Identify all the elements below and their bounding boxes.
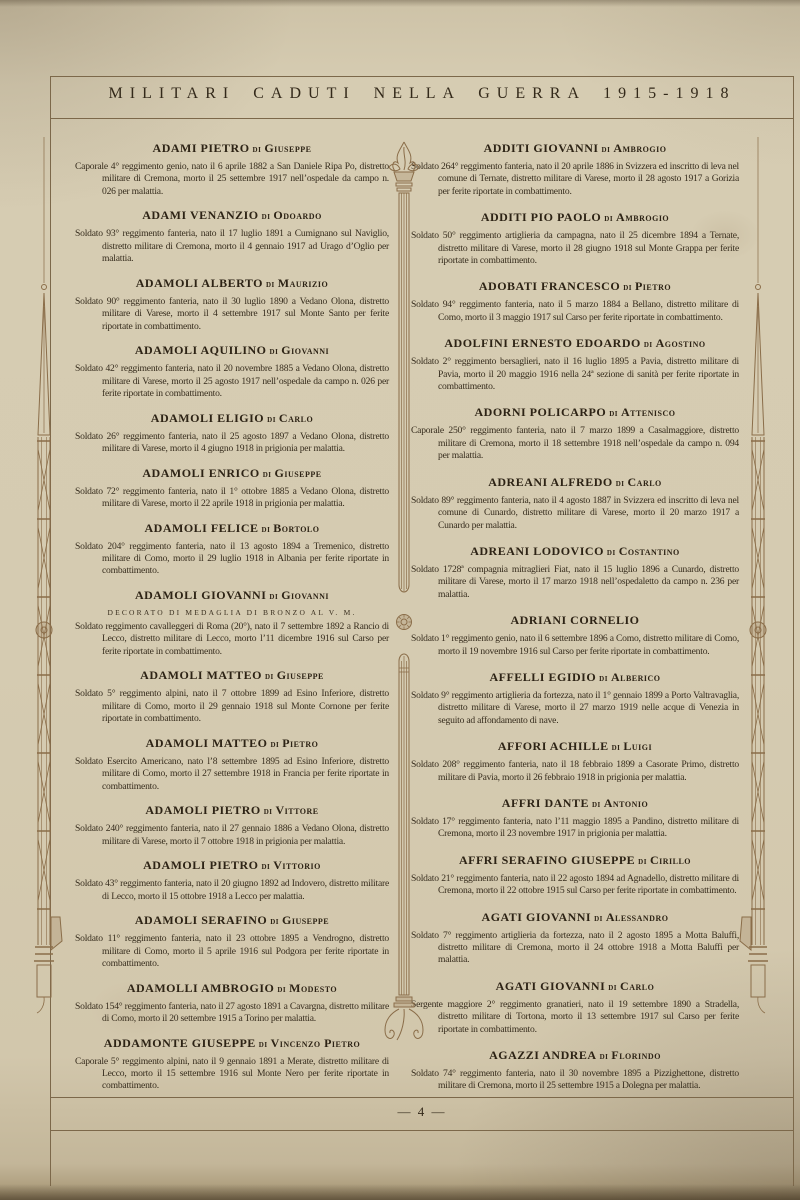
entry-heading: ADAMOLLI AMBROGIO di Modesto (75, 981, 389, 996)
father-name: Attenisco (621, 405, 676, 419)
entry-heading: ADAMOLI FELICE di Bortolo (75, 521, 389, 536)
page-title: MILITARI CADUTI NELLA GUERRA 1915-1918 (50, 85, 794, 103)
scanned-memorial-book-page: { "document": { "title": "MILITARI CADUT… (0, 0, 800, 1200)
entry-heading: ADAMI VENANZIO di Odoardo (75, 208, 389, 223)
entry-heading: AGATI GIOVANNI di Carlo (411, 979, 739, 994)
entry-text: Soldato 204° reggimento fanteria, nato i… (75, 541, 389, 578)
memorial-entry: ADAMOLI ENRICO di GiuseppeSoldato 72° re… (75, 466, 389, 511)
patronymic-prefix: di (609, 742, 624, 753)
soldier-name: ADAMOLI PIETRO (145, 803, 260, 817)
frame-rule-right (793, 76, 794, 1186)
father-name: Giuseppe (264, 141, 311, 155)
entry-heading: ADOLFINI ERNESTO EDOARDO di Agostino (411, 336, 739, 351)
father-name: Ambrogio (613, 141, 666, 155)
patronymic-prefix: di (599, 144, 614, 155)
entry-text: Soldato 43° reggimento fanteria, nato il… (75, 878, 389, 903)
memorial-entry: ADAMOLI ALBERTO di MaurizioSoldato 90° r… (75, 276, 389, 333)
father-name: Giuseppe (282, 913, 329, 927)
soldier-name: ADAMOLI ENRICO (142, 466, 259, 480)
soldier-name: AGAZZI ANDREA (489, 1048, 597, 1062)
entry-heading: ADREANI ALFREDO di Carlo (411, 475, 739, 490)
entry-heading: AGAZZI ANDREA di Florindo (411, 1048, 739, 1063)
memorial-entry: AFFRI DANTE di AntonioSoldato 17° reggim… (411, 796, 739, 841)
footer-rule-top (50, 1097, 794, 1098)
soldier-name: ADAMOLI ELIGIO (151, 411, 264, 425)
memorial-entry: ADRIANI CORNELIOSoldato 1° reggimento ge… (411, 613, 739, 658)
soldier-name: ADDAMONTE GIUSEPPE (104, 1036, 256, 1050)
father-name: Florindo (611, 1048, 661, 1062)
entry-heading: ADAMOLI MATTEO di Pietro (75, 736, 389, 751)
memorial-entry: ADAMOLI PIETRO di VittoreSoldato 240° re… (75, 803, 389, 848)
memorial-entry: ADORNI POLICARPO di AtteniscoCaporale 25… (411, 405, 739, 462)
patronymic-prefix: di (597, 1051, 612, 1062)
memorial-entry: ADAMOLI PIETRO di VittorioSoldato 43° re… (75, 858, 389, 903)
soldier-name: ADAMOLI PIETRO (143, 858, 258, 872)
father-name: Vittorio (273, 858, 321, 872)
soldier-name: ADREANI ALFREDO (488, 475, 613, 489)
entry-heading: ADAMOLI AQUILINO di Giovanni (75, 343, 389, 358)
memorial-entry: ADAMOLLI AMBROGIO di ModestoSoldato 154°… (75, 981, 389, 1026)
father-name: Modesto (289, 981, 337, 995)
entry-text: Soldato Esercito Americano, nato l’8 set… (75, 756, 389, 793)
fasces-spear-ornament (25, 135, 63, 1015)
memorial-entry: ADREANI ALFREDO di CarloSoldato 89° regg… (411, 475, 739, 532)
soldier-name: AFFELLI EGIDIO (489, 670, 596, 684)
father-name: Alessandro (606, 910, 669, 924)
entry-text: Soldato 94° reggimento fanteria, nato il… (411, 299, 739, 324)
father-name: Odoardo (273, 208, 321, 222)
soldier-name: AFFRI SERAFINO GIUSEPPE (459, 853, 635, 867)
photo-top-edge (0, 0, 800, 7)
memorial-entry: AFFORI ACHILLE di LuigiSoldato 208° regg… (411, 739, 739, 784)
memorial-entry: ADDITI PIO PAOLO di AmbrogioSoldato 50° … (411, 210, 739, 267)
patronymic-prefix: di (591, 913, 606, 924)
entry-heading: AFFRI SERAFINO GIUSEPPE di Cirillo (411, 853, 739, 868)
patronymic-prefix: di (613, 478, 628, 489)
entry-text: Soldato 93° reggimento fanteria, nato il… (75, 228, 389, 265)
entry-heading: ADAMOLI SERAFINO di Giuseppe (75, 913, 389, 928)
soldier-name: AFFRI DANTE (502, 796, 589, 810)
father-name: Cirillo (650, 853, 691, 867)
entry-text: Soldato 90° reggimento fanteria, nato il… (75, 296, 389, 333)
soldier-name: ADOBATI FRANCESCO (479, 279, 620, 293)
patronymic-prefix: di (601, 213, 616, 224)
page-number: — 4 — (50, 1104, 794, 1120)
entry-text: Soldato 9° reggimento artiglieria da for… (411, 690, 739, 727)
torch-column-ornament (380, 140, 428, 1070)
memorial-entry: ADAMOLI AQUILINO di GiovanniSoldato 42° … (75, 343, 389, 400)
entry-text: Soldato 74° reggimento fanteria, nato il… (411, 1068, 739, 1093)
soldier-name: ADAMOLI FELICE (145, 521, 259, 535)
soldier-name: ADAMOLLI AMBROGIO (127, 981, 275, 995)
left-column: ADAMI PIETRO di GiuseppeCaporale 4° regg… (75, 141, 389, 1093)
father-name: Carlo (279, 411, 313, 425)
entry-heading: AFFORI ACHILLE di Luigi (411, 739, 739, 754)
entry-text: Soldato 11° reggimento fanteria, nato il… (75, 933, 389, 970)
entry-text: Soldato 264° reggimento fanteria, nato i… (411, 161, 739, 198)
entry-text: Caporale 4° reggimento genio, nato il 6 … (75, 161, 389, 198)
entry-heading: AFFELLI EGIDIO di Alberico (411, 670, 739, 685)
patronymic-prefix: di (266, 591, 281, 602)
entry-heading: AFFRI DANTE di Antonio (411, 796, 739, 811)
entry-text: Soldato 7° reggimento artiglieria da for… (411, 930, 739, 967)
entry-heading: ADAMOLI ELIGIO di Carlo (75, 411, 389, 426)
entry-text: Soldato 42° reggimento fanteria, nato il… (75, 363, 389, 400)
father-name: Ambrogio (616, 210, 669, 224)
memorial-entry: ADAMOLI SERAFINO di GiuseppeSoldato 11° … (75, 913, 389, 970)
patronymic-prefix: di (260, 469, 275, 480)
soldier-name: ADORNI POLICARPO (475, 405, 607, 419)
father-name: Costantino (619, 544, 680, 558)
patronymic-prefix: di (596, 673, 611, 684)
decoration-line: DECORATO DI MEDAGLIA DI BRONZO AL V. M. (75, 608, 389, 617)
fasces-spear-ornament (739, 135, 777, 1015)
entry-heading: ADAMOLI PIETRO di Vittorio (75, 858, 389, 873)
patronymic-prefix: di (256, 1039, 271, 1050)
photo-bottom-edge (0, 1184, 800, 1200)
memorial-entry: ADAMOLI ELIGIO di CarloSoldato 26° reggi… (75, 411, 389, 456)
memorial-entry: AGAZZI ANDREA di FlorindoSoldato 74° reg… (411, 1048, 739, 1093)
entry-text: Caporale 250° reggimento fanteria, nato … (411, 425, 739, 462)
father-name: Giovanni (281, 343, 329, 357)
patronymic-prefix: di (250, 144, 265, 155)
patronymic-prefix: di (604, 547, 619, 558)
entry-text: Soldato 208° reggimento fanteria, nato i… (411, 759, 739, 784)
entry-text: Soldato reggimento cavalleggeri di Roma … (75, 621, 389, 658)
entry-heading: ADAMOLI PIETRO di Vittore (75, 803, 389, 818)
patronymic-prefix: di (258, 861, 273, 872)
soldier-name: ADAMOLI MATTEO (140, 668, 262, 682)
father-name: Carlo (628, 475, 662, 489)
patronymic-prefix: di (635, 856, 650, 867)
father-name: Pietro (635, 279, 671, 293)
entry-text: Soldato 1° reggimento genio, nato il 6 s… (411, 633, 739, 658)
father-name: Vittore (275, 803, 318, 817)
patronymic-prefix: di (264, 414, 279, 425)
memorial-entry: ADREANI LODOVICO di CostantinoSoldato 17… (411, 544, 739, 601)
memorial-entry: ADAMI VENANZIO di OdoardoSoldato 93° reg… (75, 208, 389, 265)
entry-heading: ADAMOLI GIOVANNI di Giovanni (75, 588, 389, 603)
soldier-name: AFFORI ACHILLE (498, 739, 609, 753)
memorial-entry: ADDITI GIOVANNI di AmbrogioSoldato 264° … (411, 141, 739, 198)
patronymic-prefix: di (263, 279, 278, 290)
header-rule-bottom (50, 118, 794, 119)
patronymic-prefix: di (262, 671, 277, 682)
soldier-name: ADAMI VENANZIO (142, 208, 258, 222)
entry-heading: ADAMOLI MATTEO di Giuseppe (75, 668, 389, 683)
patronymic-prefix: di (274, 984, 289, 995)
memorial-entry: ADAMI PIETRO di GiuseppeCaporale 4° regg… (75, 141, 389, 198)
father-name: Pietro (282, 736, 318, 750)
patronymic-prefix: di (641, 339, 656, 350)
memorial-entry: AFFELLI EGIDIO di AlbericoSoldato 9° reg… (411, 670, 739, 727)
right-column: ADDITI GIOVANNI di AmbrogioSoldato 264° … (411, 141, 739, 1093)
entry-heading: ADAMI PIETRO di Giuseppe (75, 141, 389, 156)
father-name: Antonio (604, 796, 648, 810)
entry-text: Soldato 1728ª compagnia mitraglieri Fiat… (411, 564, 739, 601)
soldier-name: ADAMOLI ALBERTO (136, 276, 263, 290)
soldier-name: ADAMI PIETRO (153, 141, 250, 155)
entry-text: Soldato 154° reggimento fanteria, nato i… (75, 1001, 389, 1026)
entry-text: Soldato 89° reggimento fanteria, nato il… (411, 495, 739, 532)
memorial-entry: AGATI GIOVANNI di CarloSergente maggiore… (411, 979, 739, 1036)
patronymic-prefix: di (259, 211, 274, 222)
entry-heading: ADAMOLI ENRICO di Giuseppe (75, 466, 389, 481)
soldier-name: ADRIANI CORNELIO (510, 613, 639, 627)
entry-heading: ADOBATI FRANCESCO di Pietro (411, 279, 739, 294)
patronymic-prefix: di (267, 739, 282, 750)
soldier-name: AGATI GIOVANNI (482, 910, 592, 924)
entry-text: Soldato 17° reggimento fanteria, nato l’… (411, 816, 739, 841)
entry-text: Caporale 5° reggimento alpini, nato il 9… (75, 1056, 389, 1093)
entry-heading: ADDITI PIO PAOLO di Ambrogio (411, 210, 739, 225)
soldier-name: ADREANI LODOVICO (470, 544, 604, 558)
patronymic-prefix: di (589, 799, 604, 810)
soldier-name: ADAMOLI SERAFINO (135, 913, 267, 927)
memorial-entry: ADOLFINI ERNESTO EDOARDO di AgostinoSold… (411, 336, 739, 393)
patronymic-prefix: di (605, 982, 620, 993)
soldier-name: ADDITI GIOVANNI (484, 141, 599, 155)
father-name: Alberico (611, 670, 661, 684)
soldier-name: AGATI GIOVANNI (496, 979, 606, 993)
entry-heading: ADDITI GIOVANNI di Ambrogio (411, 141, 739, 156)
soldier-name: ADDITI PIO PAOLO (481, 210, 601, 224)
entry-text: Soldato 26° reggimento fanteria, nato il… (75, 431, 389, 456)
entry-text: Soldato 21° reggimento fanteria, nato il… (411, 873, 739, 898)
father-name: Carlo (620, 979, 654, 993)
patronymic-prefix: di (606, 408, 621, 419)
father-name: Bortolo (273, 521, 319, 535)
memorial-entry: ADAMOLI MATTEO di GiuseppeSoldato 5° reg… (75, 668, 389, 725)
memorial-entry: AFFRI SERAFINO GIUSEPPE di CirilloSoldat… (411, 853, 739, 898)
entry-text: Soldato 50° reggimento artiglieria da ca… (411, 230, 739, 267)
entry-heading: AGATI GIOVANNI di Alessandro (411, 910, 739, 925)
memorial-entry: ADOBATI FRANCESCO di PietroSoldato 94° r… (411, 279, 739, 324)
memorial-entry: ADAMOLI GIOVANNI di GiovanniDECORATO DI … (75, 588, 389, 658)
father-name: Agostino (656, 336, 706, 350)
father-name: Vincenzo Pietro (271, 1036, 361, 1050)
soldier-name: ADAMOLI GIOVANNI (135, 588, 266, 602)
entry-text: Soldato 240° reggimento fanteria, nato i… (75, 823, 389, 848)
header-rule-top (50, 76, 794, 77)
entry-text: Soldato 5° reggimento alpini, nato il 7 … (75, 688, 389, 725)
memorial-entry: ADAMOLI FELICE di BortoloSoldato 204° re… (75, 521, 389, 578)
father-name: Giovanni (281, 588, 329, 602)
soldier-name: ADOLFINI ERNESTO EDOARDO (444, 336, 640, 350)
entry-text: Soldato 2° reggimento bersaglieri, nato … (411, 356, 739, 393)
memorial-entry: ADAMOLI MATTEO di PietroSoldato Esercito… (75, 736, 389, 793)
entry-heading: ADRIANI CORNELIO (411, 613, 739, 628)
patronymic-prefix: di (259, 524, 274, 535)
soldier-name: ADAMOLI AQUILINO (135, 343, 267, 357)
entry-heading: ADDAMONTE GIUSEPPE di Vincenzo Pietro (75, 1036, 389, 1051)
patronymic-prefix: di (620, 282, 635, 293)
father-name: Giuseppe (275, 466, 322, 480)
patronymic-prefix: di (267, 346, 282, 357)
father-name: Giuseppe (277, 668, 324, 682)
entry-heading: ADORNI POLICARPO di Attenisco (411, 405, 739, 420)
patronymic-prefix: di (267, 916, 282, 927)
entry-text: Soldato 72° reggimento fanteria, nato il… (75, 486, 389, 511)
footer-rule-bottom (50, 1130, 794, 1131)
entry-heading: ADAMOLI ALBERTO di Maurizio (75, 276, 389, 291)
soldier-name: ADAMOLI MATTEO (146, 736, 268, 750)
entry-text: Sergente maggiore 2° reggimento granatie… (411, 999, 739, 1036)
patronymic-prefix: di (261, 806, 276, 817)
entry-heading: ADREANI LODOVICO di Costantino (411, 544, 739, 559)
father-name: Maurizio (278, 276, 328, 290)
father-name: Luigi (623, 739, 652, 753)
memorial-entry: AGATI GIOVANNI di AlessandroSoldato 7° r… (411, 910, 739, 967)
memorial-entry: ADDAMONTE GIUSEPPE di Vincenzo PietroCap… (75, 1036, 389, 1093)
